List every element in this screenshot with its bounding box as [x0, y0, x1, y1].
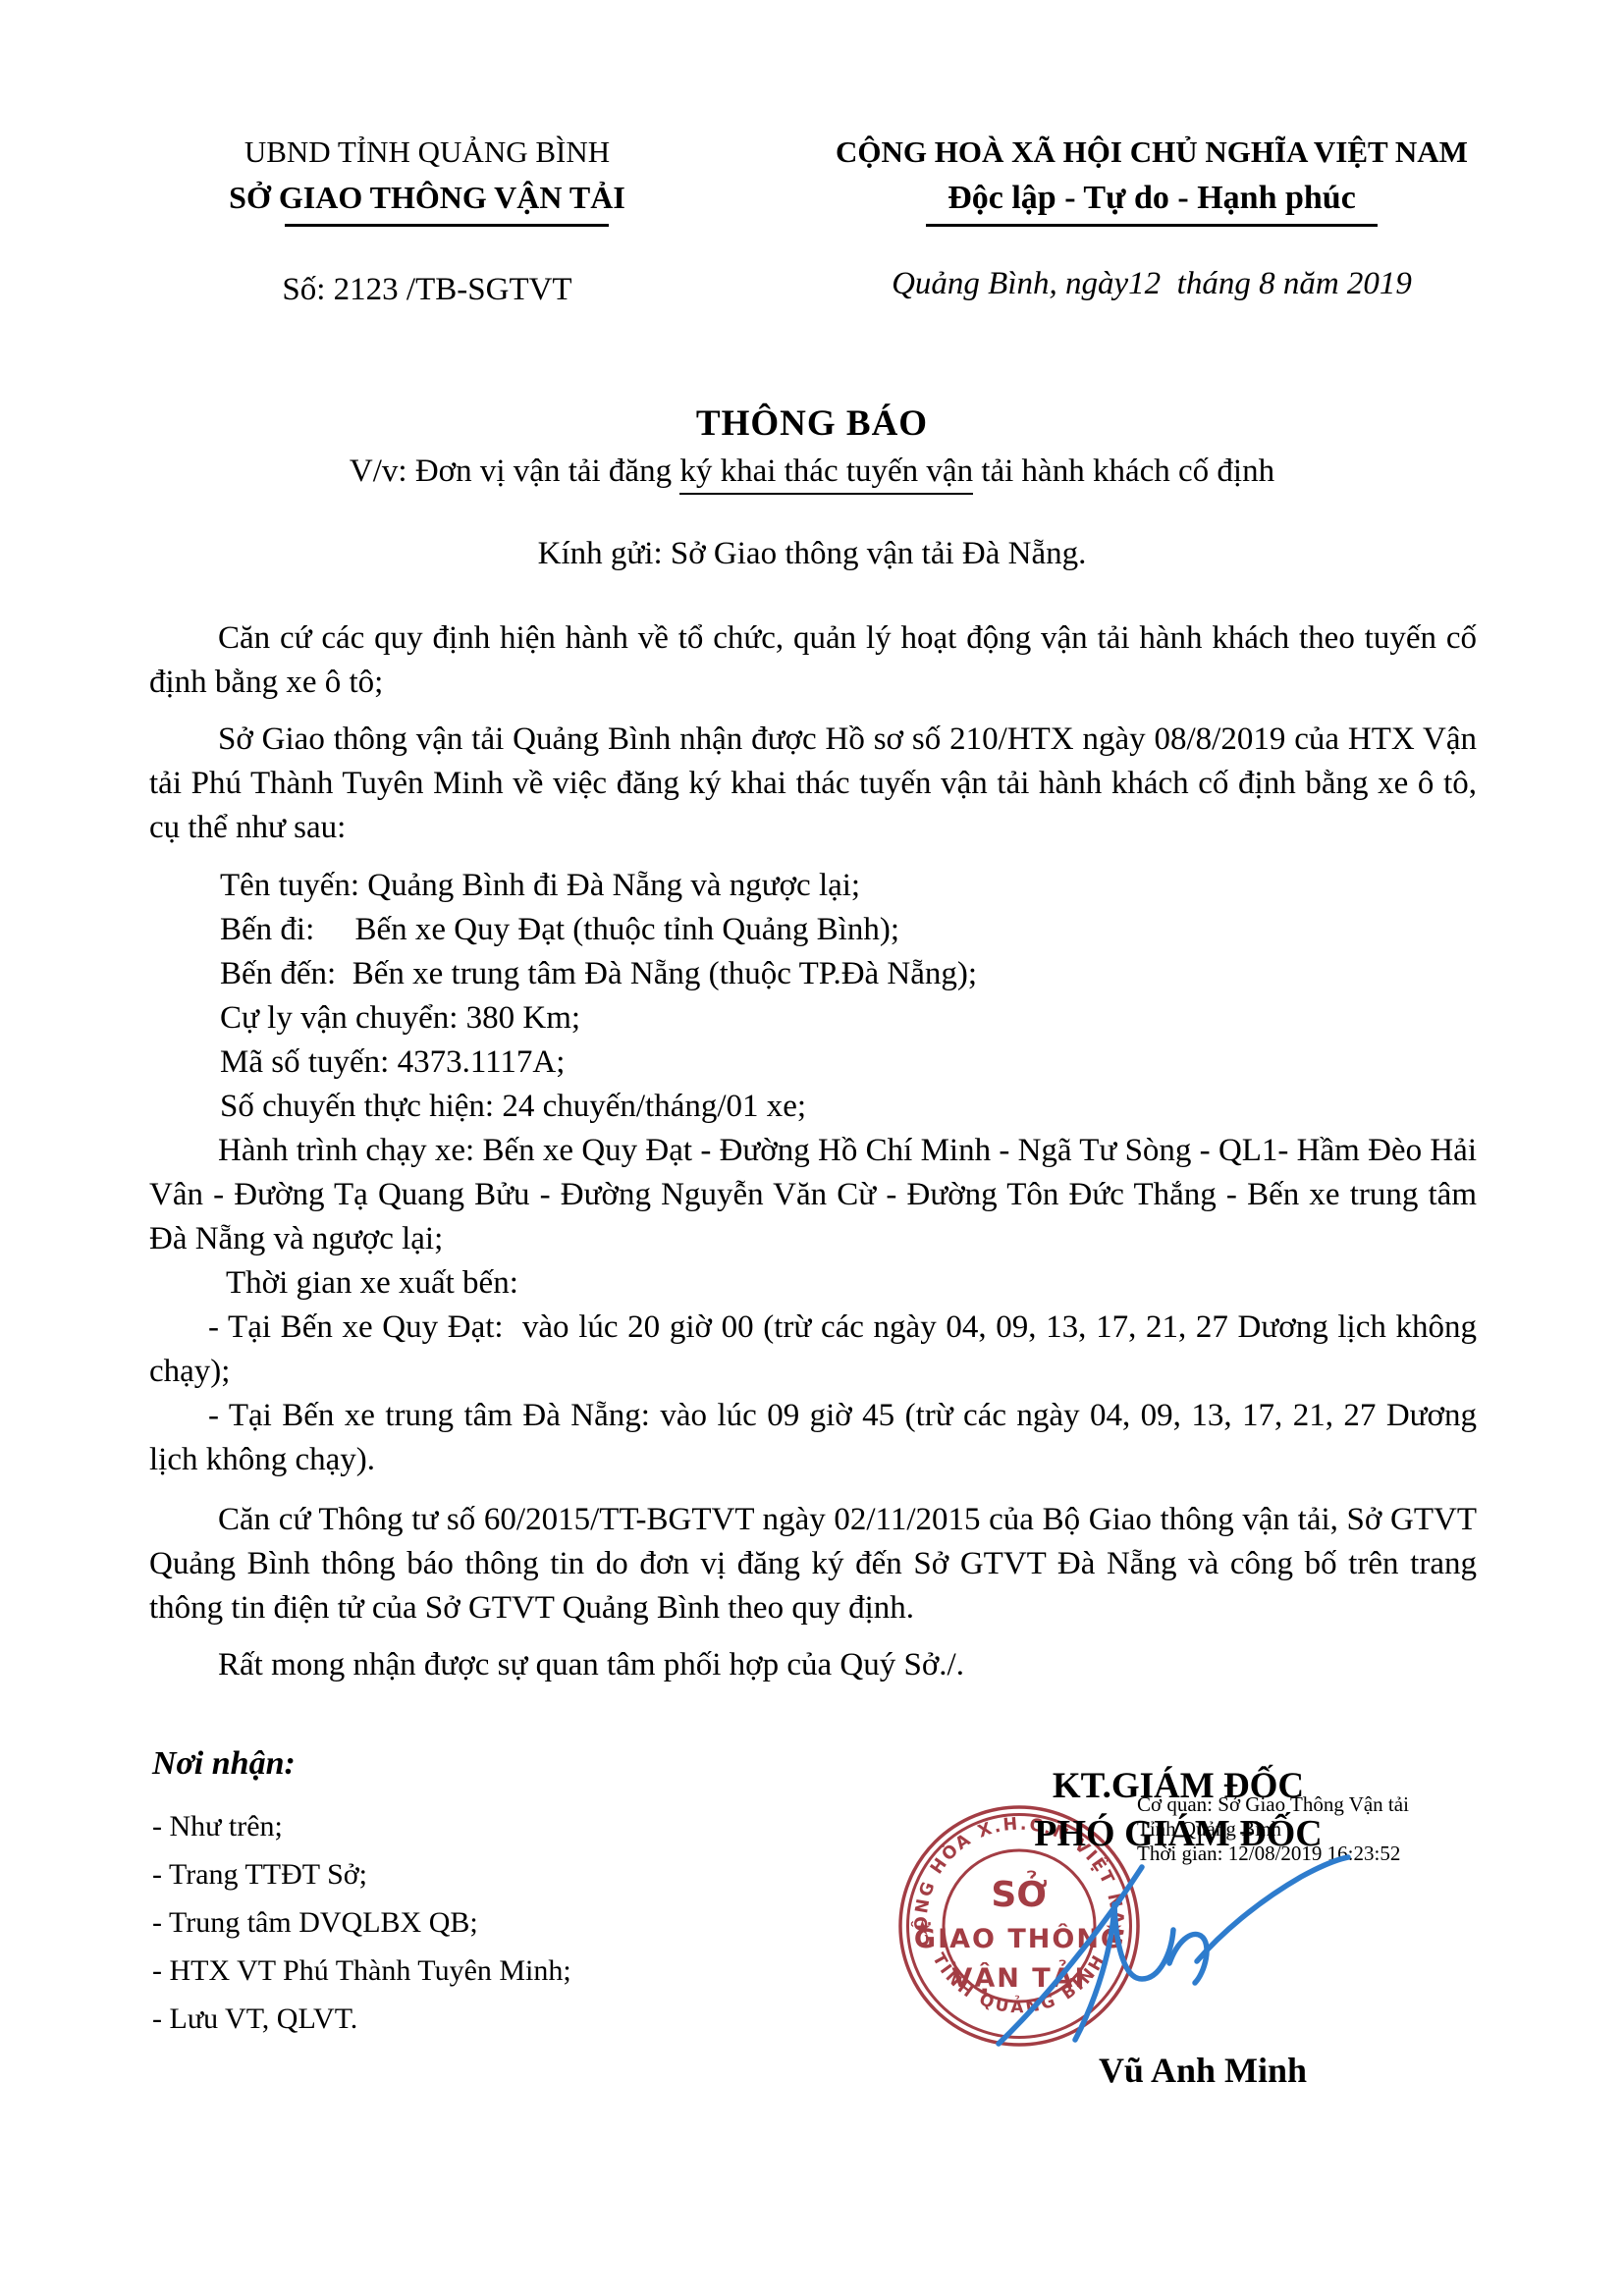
national-title: CỘNG HOÀ XÃ HỘI CHỦ NGHĨA VIỆT NAM [811, 130, 1492, 175]
paragraph-circular-basis: Căn cứ Thông tư số 60/2015/TT-BGTVT ngày… [149, 1498, 1477, 1630]
recipient-item: - Lưu VT, QLVT. [152, 1995, 571, 2043]
document-title: THÔNG BÁO [0, 402, 1624, 445]
parent-org-name: UBND TỈNH QUẢNG BÌNH [147, 130, 707, 175]
paragraph-dossier-received: Sở Giao thông vận tải Quảng Bình nhận đư… [149, 718, 1477, 850]
paragraph-itinerary: Hành trình chạy xe: Bến xe Quy Đạt - Đườ… [149, 1129, 1477, 1261]
subject-suffix: tải hành khách cố định [973, 454, 1274, 489]
route-details-list: Tên tuyến: Quảng Bình đi Đà Nẵng và ngượ… [149, 864, 1477, 1129]
detail-trip-frequency: Số chuyến thực hiện: 24 chuyến/tháng/01 … [149, 1085, 1477, 1129]
recipients-heading: Nơi nhận: [152, 1745, 296, 1783]
document-number: Số: 2123 /TB-SGTVT [147, 272, 707, 308]
salutation-line: Kính gửi: Sở Giao thông vận tải Đà Nẵng. [0, 536, 1624, 572]
paragraph-closing: Rất mong nhận được sự quan tâm phối hợp … [149, 1643, 1477, 1687]
paragraph-legal-basis: Căn cứ các quy định hiện hành về tổ chức… [149, 616, 1477, 705]
document-body: Căn cứ các quy định hiện hành về tổ chức… [149, 616, 1477, 1687]
detail-route-code: Mã số tuyến: 4373.1117A; [149, 1041, 1477, 1085]
detail-distance: Cự ly vận chuyển: 380 Km; [149, 996, 1477, 1041]
document-subject: V/v: Đơn vị vận tải đăng ký khai thác tu… [0, 454, 1624, 490]
signature-stroke-loop [1075, 1904, 1173, 2040]
stamp-star-left-icon: ★ [913, 1916, 932, 1940]
subject-prefix: V/v: Đơn vị vận tải đăng [350, 454, 679, 489]
signer-name: Vũ Anh Minh [1011, 2050, 1394, 2091]
detail-arrival-station: Bến đến: Bến xe trung tâm Đà Nẵng (thuộc… [149, 952, 1477, 996]
detail-route-name: Tên tuyến: Quảng Bình đi Đà Nẵng và ngượ… [149, 864, 1477, 908]
document-page: UBND TỈNH QUẢNG BÌNH SỞ GIAO THÔNG VẬN T… [0, 0, 1624, 2296]
detail-departure-station: Bến đi: Bến xe Quy Đạt (thuộc tỉnh Quảng… [149, 908, 1477, 952]
recipient-item: - HTX VT Phú Thành Tuyên Minh; [152, 1947, 571, 1995]
national-motto: Độc lập - Tự do - Hạnh phúc [811, 175, 1492, 222]
signer-position-line1: KT.GIÁM ĐỐC [982, 1765, 1375, 1807]
motto-rule [926, 224, 1378, 227]
org-name-rule [285, 224, 609, 227]
national-header-block: CỘNG HOÀ XÃ HỘI CHỦ NGHĨA VIỆT NAM Độc l… [811, 130, 1492, 302]
departure-time-danang: - Tại Bến xe trung tâm Đà Nẵng: vào lúc … [149, 1394, 1477, 1482]
recipient-item: - Như trên; [152, 1802, 571, 1850]
recipients-list: - Như trên; - Trang TTĐT Sở; - Trung tâm… [152, 1802, 571, 2043]
signature-stroke-flourish [1197, 1857, 1348, 1961]
place-date-line: Quảng Bình, ngày12 tháng 8 năm 2019 [811, 266, 1492, 302]
handwritten-signature [977, 1843, 1370, 2050]
recipient-item: - Trung tâm DVQLBX QB; [152, 1898, 571, 1947]
recipient-item: - Trang TTĐT Sở; [152, 1850, 571, 1898]
issuing-org-block: UBND TỈNH QUẢNG BÌNH SỞ GIAO THÔNG VẬN T… [147, 130, 707, 308]
departure-times-heading: Thời gian xe xuất bến: [149, 1261, 1477, 1306]
org-name: SỞ GIAO THÔNG VẬN TẢI [147, 175, 707, 220]
departure-time-quydat: - Tại Bến xe Quy Đạt: vào lúc 20 giờ 00 … [149, 1306, 1477, 1394]
subject-underlined-phrase: ký khai thác tuyến vận [679, 454, 973, 495]
